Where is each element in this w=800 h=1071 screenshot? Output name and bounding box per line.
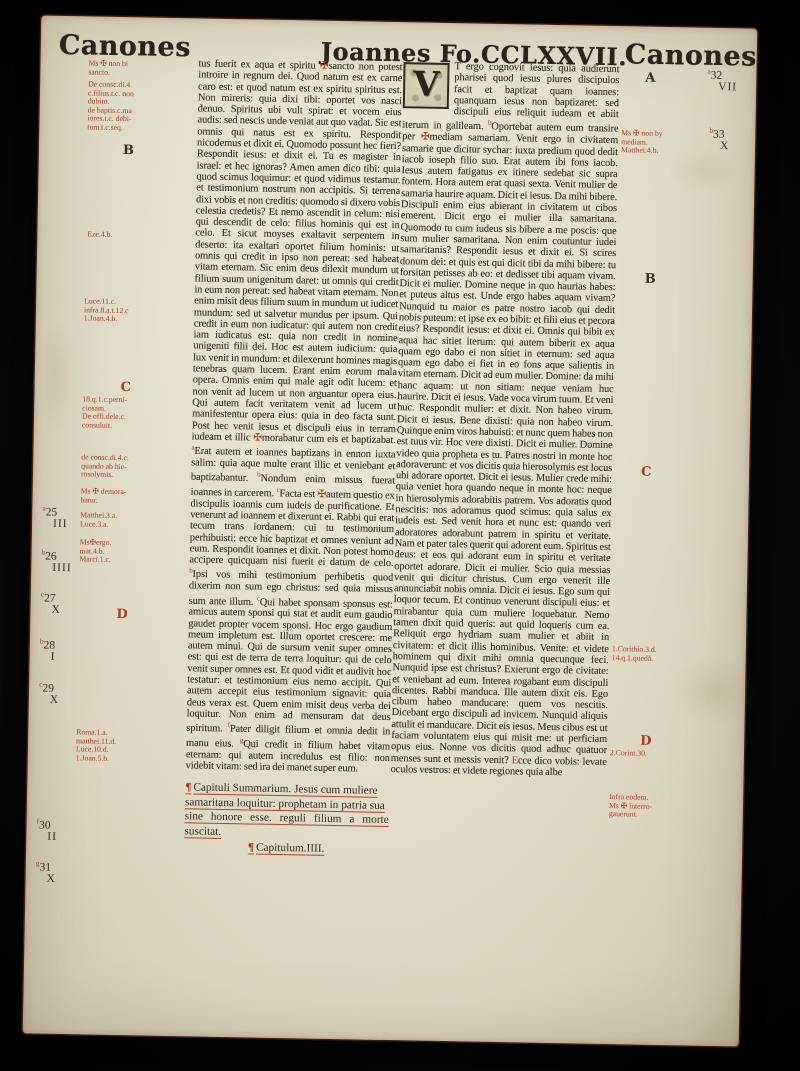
margin-gloss-note: Ms ✠ non bisancto. (88, 59, 198, 78)
section-number: 31 (39, 861, 51, 873)
section-number: 27 (44, 593, 56, 605)
margin-gloss-line: consuluit. (82, 421, 192, 432)
section-number: 30 (39, 819, 51, 831)
section-number: 26 (45, 551, 57, 563)
eusebian-canon-number: f30II (36, 816, 81, 845)
pilcrow-icon: ¶ (248, 842, 256, 854)
section-number: 29 (42, 682, 54, 694)
left-column-text: tus fuerit ex aqua et spiritu ✠sancto no… (186, 58, 403, 775)
canon-table-numeral: X (51, 605, 84, 617)
margin-gloss-line: Marci.1.c. (79, 555, 189, 566)
right-margin: Aa32VIIb33XMs ✠ non bymediam.Matthei.4.b… (605, 26, 764, 1046)
section-letter: B (645, 272, 656, 287)
rubric-mark: ✠ (320, 61, 329, 72)
column-text-run: autem questio ex discipulis ioannis cum … (189, 489, 394, 569)
margin-gloss-line: 1.Joan.4.b. (84, 314, 194, 325)
right-column-text: V T ergo cognovit iesus: quia audierunt … (391, 60, 620, 779)
section-letter: C (641, 465, 652, 480)
margin-gloss-line: 1.Joan.5.b. (76, 754, 186, 765)
margin-gloss-note: Luce.11.c.infra.8.a.t.12.c1.Joan.4.b. (84, 297, 194, 325)
canon-table-numeral: VII (718, 82, 751, 94)
eusebian-canon-number: c29X (39, 679, 84, 708)
margin-gloss-note: Eze.4.b. (87, 230, 197, 241)
column-text-run: Facta est (279, 488, 317, 500)
canon-table-numeral: X (50, 695, 83, 707)
margin-gloss-line: 14.q.1.quedã. (612, 654, 722, 665)
margin-gloss-note: Roma.1.a.matthei.11.d.Luce.10.d.1.Joan.5… (76, 728, 187, 764)
column-text-run: morabatur cum eis et baptizabat. (262, 432, 396, 445)
eusebian-canon-number: b26IIII (41, 547, 86, 576)
section-letter: D (640, 734, 652, 749)
margin-gloss-note: 1.Corithio.3.d.14.q.1.quedã. (612, 645, 722, 664)
margin-gloss-line: Luce.3.a. (80, 520, 190, 531)
margin-gloss-note: Infra eodem.Ms ✠ interro-gauerunt. (609, 793, 719, 821)
canon-table-numeral: II (47, 832, 80, 844)
margin-gloss-line: sancto. (88, 68, 198, 79)
drop-cap-letter: V (413, 80, 439, 92)
margin-gloss-note: 18.q.1.c.perni-ciosam.De offi.dele.c.con… (82, 395, 193, 431)
canon-table-numeral: I (51, 652, 84, 664)
eusebian-canon-number: b28I (40, 636, 85, 665)
section-letter: B (123, 143, 134, 158)
margin-gloss-note: Ms ✠ non bymediam.Matthei.4.b. (621, 129, 731, 157)
photo-background: Canones Joannes Fo.CCLXXVII. Canones Ms … (0, 0, 800, 1071)
summary-text: sine honore esse. reguli filium a morte … (184, 811, 388, 838)
left-margin: Ms ✠ non bisancto.De consc.di.4.c.filius… (33, 16, 202, 1037)
book-page: Canones Joannes Fo.CCLXXVII. Canones Ms … (23, 16, 758, 1047)
margin-gloss-line: Matthei.4.b. (621, 146, 731, 157)
chapter-heading: ¶Capitulum.IIII. (184, 840, 388, 858)
margin-gloss-note: 2.Corint.30. (610, 749, 720, 760)
column-text-run: mediam samariam. Venit ergo in civitatem… (391, 132, 619, 766)
column-text-run: Qui habet sponsam sponsus est: amicus au… (186, 597, 393, 735)
woodcut-initial-V: V (403, 62, 450, 109)
margin-gloss-note: Ms✠ergo.mat.4.b.Marci.1.c. (79, 538, 189, 566)
margin-gloss-line: gauerunt. (609, 810, 719, 821)
margin-gloss-line: batur. (80, 496, 190, 507)
eusebian-canon-number: a32VII (707, 66, 752, 95)
section-letter: C (120, 380, 131, 395)
column-text-run: sancto non potest introire in regnum dei… (192, 61, 403, 443)
margin-gloss-line: rosolymis. (81, 470, 191, 481)
canon-table-numeral: X (46, 874, 79, 886)
section-letter: D (116, 607, 128, 622)
margin-gloss-note: De consc.di.4.c.filius.t.c. nondubito.de… (87, 80, 198, 133)
margin-gloss-note: Matthei.3.a.Luce.3.a. (80, 511, 190, 530)
section-letter: A (645, 71, 655, 86)
eusebian-canon-number: g31X (35, 858, 80, 887)
eusebian-canon-number: a25III (42, 503, 87, 532)
eusebian-canon-number: c27X (40, 589, 85, 618)
left-text-column: tus fuerit ex aqua et spiritu ✠sancto no… (184, 58, 403, 857)
margin-gloss-line: 2.Corint.30. (610, 749, 720, 760)
canon-table-numeral: IIII (52, 563, 85, 575)
canon-table-numeral: III (53, 519, 86, 531)
margin-gloss-line: Eze.4.b. (87, 230, 197, 241)
section-number: 25 (46, 507, 58, 519)
margin-gloss-note: Ms ✠ demora-batur. (80, 487, 190, 506)
margin-gloss-note: de consc.di.4.c.quando ab hie-rosolymis. (81, 453, 191, 481)
summary-line: sine honore esse. reguli filium a morte … (184, 810, 388, 843)
section-number: 28 (43, 640, 55, 652)
chapter-summary: ¶Capituli Summarium. Jesus cum muliere s… (184, 781, 389, 858)
chapter-label: Capitulum.IIII. (256, 842, 325, 855)
right-text-column: V T ergo cognovit iesus: quia audierunt … (391, 60, 620, 779)
summary-text: Capituli Summarium. Jesus cum muliere (193, 782, 377, 797)
margin-gloss-line: tum.t.c.seq. (87, 123, 197, 134)
section-number: 32 (711, 70, 723, 82)
